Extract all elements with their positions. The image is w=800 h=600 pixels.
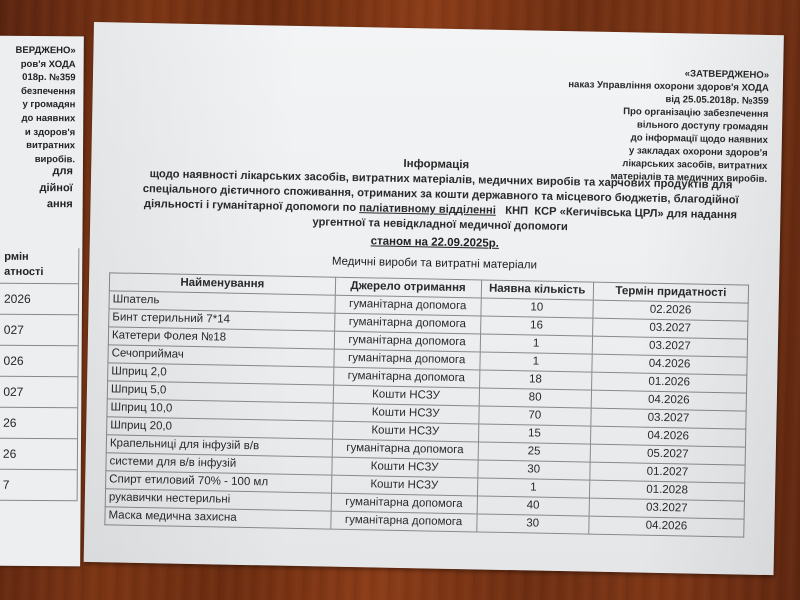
left-approval-line: витратних — [15, 139, 75, 153]
item-name: Маска медична захисна — [105, 507, 331, 529]
item-quantity: 25 — [478, 442, 591, 462]
item-source: гуманітарна допомога — [334, 331, 480, 352]
left-approval-block: ВЕРДЖЕНО» ров'я ХОДА 018р. №359 безпечен… — [15, 44, 76, 167]
left-header-line: рмін — [4, 250, 78, 266]
left-approval-line: до наявних — [15, 112, 75, 126]
left-expiry-cell: 7 — [0, 470, 77, 502]
item-quantity: 15 — [478, 424, 591, 444]
left-expiry-cell: 027 — [0, 377, 77, 409]
left-expiry-cell: 027 — [0, 315, 78, 347]
item-quantity: 30 — [477, 460, 590, 480]
item-source: гуманітарна допомога — [331, 511, 477, 532]
item-source: гуманітарна допомога — [334, 313, 480, 334]
description-text: діяльності і гуманітарної допомоги по — [144, 198, 360, 214]
item-quantity: 70 — [478, 406, 591, 426]
table-body: Шпательгуманітарна допомога1002.2026Бинт… — [105, 291, 748, 537]
left-expiry-cell: 2026 — [0, 284, 78, 316]
left-title-fragment: для дійної ання — [39, 163, 73, 213]
item-quantity: 10 — [480, 298, 593, 318]
left-header-line: атності — [4, 265, 78, 281]
item-quantity: 18 — [479, 370, 592, 390]
left-approval-line: 018р. №359 — [15, 71, 75, 85]
item-source: гуманітарна допомога — [333, 367, 479, 388]
left-approval-line: ВЕРДЖЕНО» — [16, 44, 76, 58]
header-source: Джерело отримання — [335, 277, 481, 298]
left-approval-line: у громадян — [15, 98, 75, 112]
item-source: гуманітарна допомога — [332, 439, 478, 460]
left-approval-line: и здоров'я — [15, 125, 75, 139]
left-title-line: ання — [39, 196, 72, 213]
item-source: гуманітарна допомога — [335, 295, 481, 316]
left-expiry-cell: 26 — [0, 408, 77, 440]
left-approval-line: безпечення — [15, 85, 75, 99]
section-title: Медичні вироби та витратні матеріали — [89, 251, 779, 276]
left-expiry-cell: 026 — [0, 346, 78, 378]
item-quantity: 1 — [480, 334, 593, 354]
left-title-line: для — [40, 163, 73, 180]
item-source: гуманітарна допомога — [334, 349, 480, 370]
item-expiry: 04.2026 — [589, 516, 744, 537]
item-quantity: 16 — [480, 316, 593, 336]
medical-items-table: Найменування Джерело отримання Наявна кі… — [104, 272, 749, 537]
document-description: щодо наявності лікарських засобів, витра… — [110, 166, 771, 239]
header-quantity: Наявна кількість — [481, 280, 594, 300]
left-expiry-cell: 26 — [0, 439, 77, 471]
department-name: паліативному відділенні — [359, 202, 496, 217]
item-source: гуманітарна допомога — [331, 493, 477, 514]
left-table-header: рмін атності — [0, 248, 78, 285]
left-table-fragment: рмін атності 2026 027 026 027 26 26 7 — [0, 248, 79, 502]
header-expiry: Термін придатності — [593, 282, 748, 303]
item-quantity: 1 — [479, 352, 592, 372]
left-document-fragment: ВЕРДЖЕНО» ров'я ХОДА 018р. №359 безпечен… — [0, 36, 84, 567]
item-quantity: 1 — [477, 478, 590, 498]
left-title-line: дійної — [39, 180, 72, 197]
item-quantity: 30 — [476, 514, 589, 534]
main-document: «ЗАТВЕРДЖЕНО» наказ Управління охорони з… — [84, 22, 784, 575]
left-approval-line: ров'я ХОДА — [15, 57, 75, 71]
item-quantity: 80 — [479, 388, 592, 408]
item-quantity: 40 — [477, 496, 590, 516]
